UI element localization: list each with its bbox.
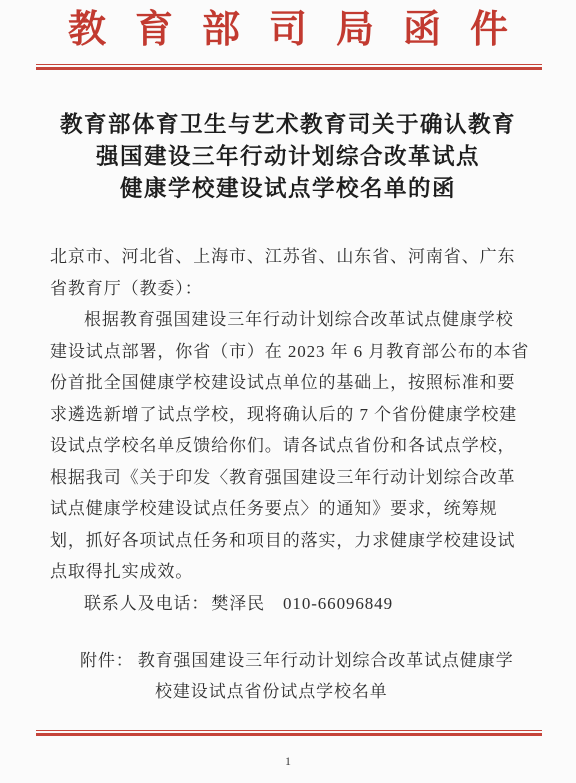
paragraph-line: 根据我司《关于印发〈教育强国建设三年行动计划综合改革 [50, 462, 532, 494]
letter-body: 北京市、河北省、上海市、江苏省、山东省、河南省、广东 省教育厅（教委）： 根据教… [50, 241, 532, 619]
attachment-section: 附件：教育强国建设三年行动计划综合改革试点健康学 校建设试点省份试点学校名单 [80, 645, 514, 707]
document-title-line-3: 健康学校建设试点学校名单的函 [0, 173, 576, 205]
contact-person-name: 樊泽民 [211, 594, 265, 613]
contact-phone-number: 010-66096849 [283, 594, 393, 613]
attachment-line-1: 附件：教育强国建设三年行动计划综合改革试点健康学 [80, 645, 514, 676]
document-page: 教育部司局函件 教育部体育卫生与艺术教育司关于确认教育 强国建设三年行动计划综合… [0, 0, 576, 783]
paragraph-line: 试点健康学校建设试点任务要点〉的通知》要求，统筹规 [50, 493, 532, 525]
attachment-title-part-1: 教育强国建设三年行动计划综合改革试点健康学 [138, 651, 514, 670]
page-number: 1 [0, 752, 576, 770]
paragraph-line: 根据教育强国建设三年行动计划综合改革试点健康学校 [50, 304, 532, 336]
document-title: 教育部体育卫生与艺术教育司关于确认教育 强国建设三年行动计划综合改革试点 健康学… [0, 109, 576, 205]
paragraph-line: 点取得扎实成效。 [50, 556, 532, 588]
contact-label: 联系人及电话： [84, 594, 209, 613]
recipient-line: 省教育厅（教委）： [50, 273, 532, 305]
paragraph-line: 份首批全国健康学校建设试点单位的基础上，按照标准和要 [50, 367, 532, 399]
paragraph-line: 设试点学校名单反馈给你们。请各试点省份和各试点学校， [50, 430, 532, 462]
contact-line: 联系人及电话：樊泽民010-66096849 [50, 588, 532, 620]
recipient-line: 北京市、河北省、上海市、江苏省、山东省、河南省、广东 [50, 241, 532, 273]
attachment-line-2: 校建设试点省份试点学校名单 [80, 676, 514, 707]
letterhead-divider-rule [36, 64, 542, 70]
paragraph-line: 划，抓好各项试点任务和项目的落实，力求健康学校建设试 [50, 525, 532, 557]
document-title-line-1: 教育部体育卫生与艺术教育司关于确认教育 [0, 109, 576, 141]
paragraph-line: 建设试点部署，你省（市）在 2023 年 6 月教育部公布的本省 [50, 336, 532, 368]
document-title-line-2: 强国建设三年行动计划综合改革试点 [0, 141, 576, 173]
paragraph-line: 求遴选新增了试点学校，现将确认后的 7 个省份健康学校建 [50, 399, 532, 431]
letterhead-banner: 教育部司局函件 [0, 8, 576, 52]
footer-divider-rule [36, 730, 542, 736]
attachment-label: 附件： [80, 651, 134, 670]
